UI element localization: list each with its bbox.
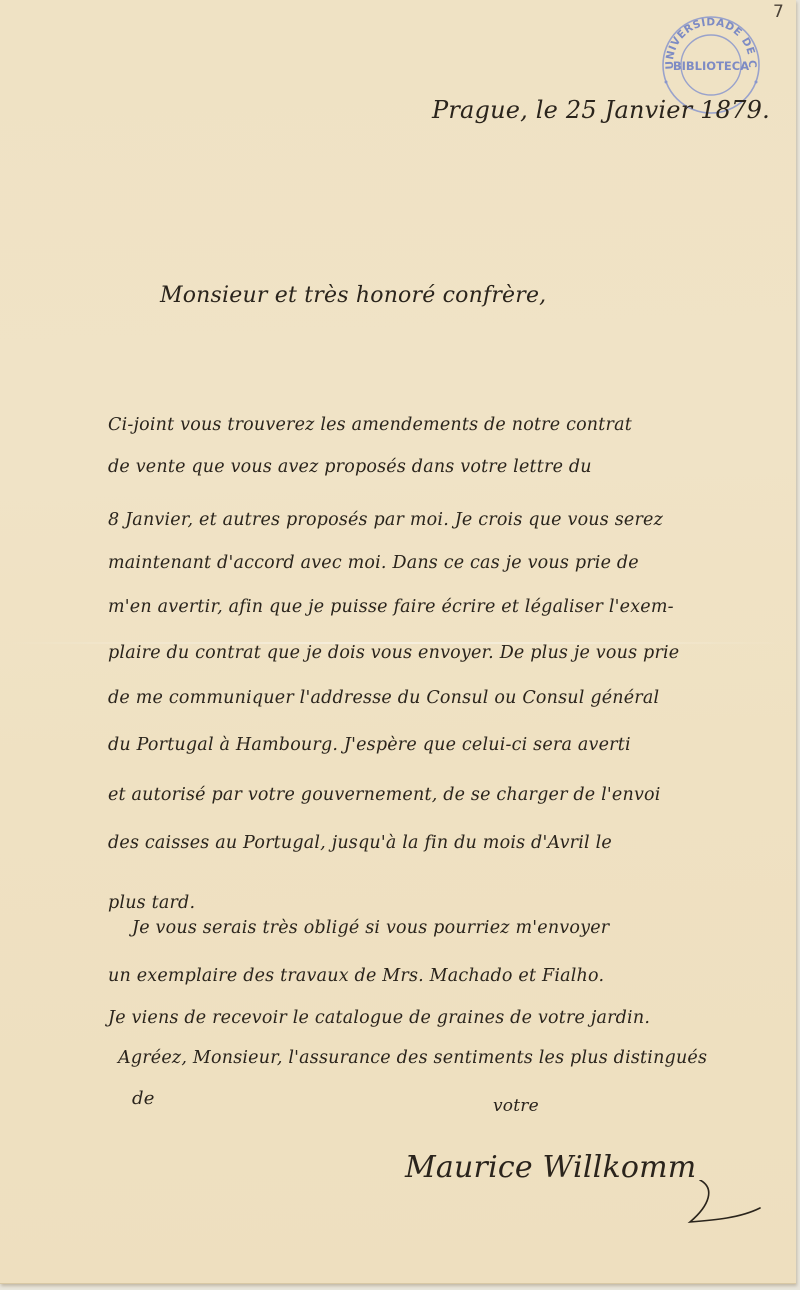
letter-line: de me communiquer l'addresse du Consul o… bbox=[108, 688, 659, 708]
letter-line: 8 Janvier, et autres proposés par moi. J… bbox=[108, 510, 663, 530]
letter-line: Je vous serais très obligé si vous pourr… bbox=[132, 918, 609, 938]
letter-line: et autorisé par votre gouvernement, de s… bbox=[108, 785, 661, 805]
letter-dateline: Prague, le 25 Janvier 1879. bbox=[432, 96, 770, 124]
letter-page: 7 UNIVERSIDADE DE COIMBRA BIBLIOTECA Pra… bbox=[0, 0, 796, 1284]
letter-line: maintenant d'accord avec moi. Dans ce ca… bbox=[108, 553, 639, 573]
letter-salutation: Monsieur et très honoré confrère, bbox=[160, 283, 546, 308]
letter-closing-de: de bbox=[132, 1088, 155, 1109]
letter-line: Agréez, Monsieur, l'assurance des sentim… bbox=[118, 1048, 707, 1068]
stamp-center-text: BIBLIOTECA bbox=[673, 59, 749, 73]
letter-line: Je viens de recevoir le catalogue de gra… bbox=[108, 1008, 650, 1028]
letter-line: plus tard. bbox=[108, 893, 195, 913]
letter-line: de vente que vous avez proposés dans vot… bbox=[108, 457, 592, 477]
letter-line: Ci-joint vous trouverez les amendements … bbox=[108, 415, 632, 435]
letter-line: des caisses au Portugal, jusqu'à la fin … bbox=[108, 833, 612, 853]
letter-line: m'en avertir, afin que je puisse faire é… bbox=[108, 597, 674, 617]
letter-line: plaire du contrat que je dois vous envoy… bbox=[108, 643, 679, 663]
folio-number: 7 bbox=[773, 2, 784, 22]
signature-flourish-icon bbox=[660, 1180, 770, 1230]
letter-line: un exemplaire des travaux de Mrs. Machad… bbox=[108, 966, 604, 986]
letter-closing-votre: votre bbox=[493, 1096, 539, 1116]
letter-line: du Portugal à Hambourg. J'espère que cel… bbox=[108, 735, 631, 755]
letter-signature: Maurice Willkomm bbox=[405, 1150, 696, 1185]
